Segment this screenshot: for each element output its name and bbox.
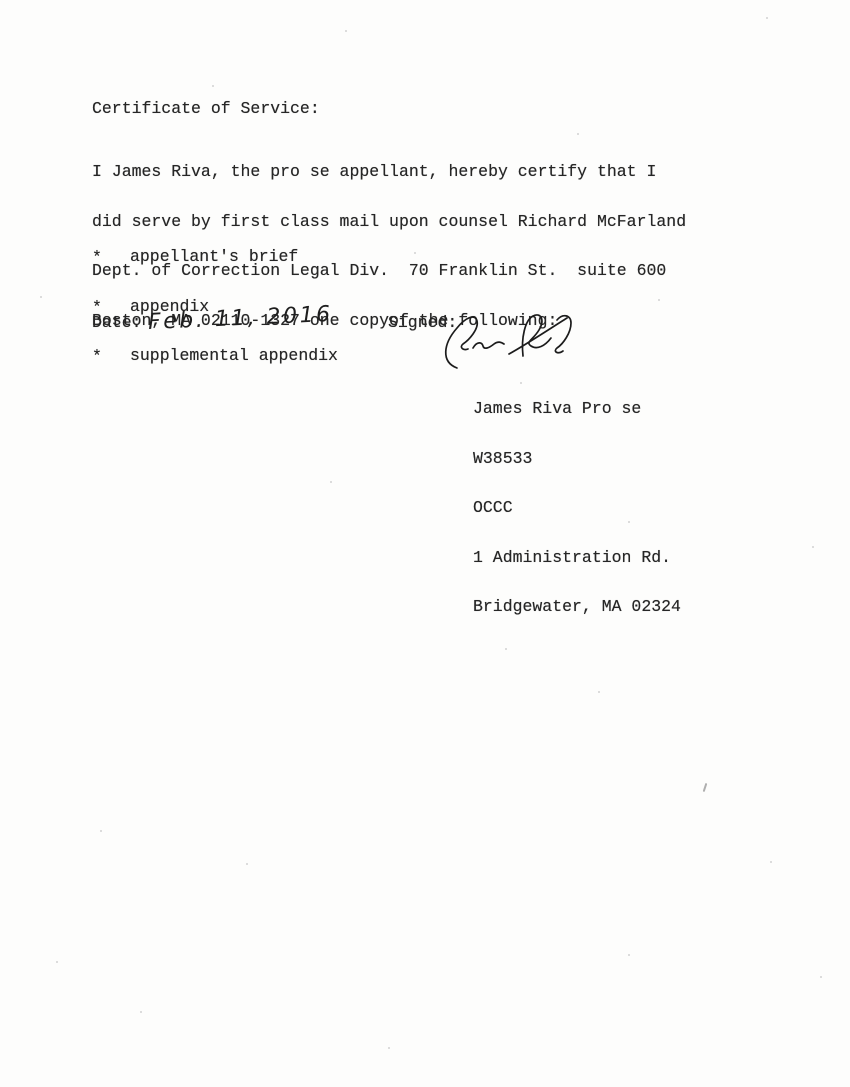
scan-speck [628, 954, 630, 956]
paragraph-line: I James Riva, the pro se appellant, here… [92, 164, 686, 181]
scan-speck [246, 863, 248, 865]
scan-speck [40, 296, 42, 298]
scan-speck [505, 648, 507, 650]
signer-street: 1 Administration Rd. [473, 550, 681, 567]
scan-speck [520, 382, 522, 384]
list-item-label: supplemental appendix [130, 348, 338, 365]
signer-inmate-number: W38533 [473, 451, 681, 468]
scan-speck [330, 481, 332, 483]
asterisk-bullet: * [92, 349, 102, 366]
scan-speck [212, 85, 214, 87]
scan-speck [628, 521, 630, 523]
signer-city-state-zip: Bridgewater, MA 02324 [473, 599, 681, 616]
scan-speck [598, 691, 600, 693]
scanned-document-page: Certificate of Service: I James Riva, th… [0, 0, 850, 1087]
scan-scratch-mark [703, 783, 708, 792]
scan-speck [345, 30, 347, 32]
scan-speck [100, 830, 102, 832]
signer-address-block: James Riva Pro se W38533 OCCC 1 Administ… [473, 368, 681, 649]
document-title: Certificate of Service: [92, 101, 320, 118]
scan-speck [766, 17, 768, 19]
scan-speck [812, 546, 814, 548]
scan-speck [577, 133, 579, 135]
scan-speck [770, 861, 772, 863]
scan-speck [140, 1011, 142, 1013]
signer-facility: OCCC [473, 500, 681, 517]
scan-speck [388, 1047, 390, 1049]
handwritten-signature [437, 310, 601, 374]
asterisk-bullet: * [92, 250, 102, 267]
scan-speck [56, 961, 58, 963]
scan-speck [658, 299, 660, 301]
signer-name: James Riva Pro se [473, 401, 681, 418]
list-item-label: appellant's brief [130, 249, 298, 266]
scan-speck [414, 252, 416, 254]
list-item: * appellant's brief [92, 249, 512, 266]
scan-speck [820, 976, 822, 978]
date-label: Date: [92, 315, 142, 332]
